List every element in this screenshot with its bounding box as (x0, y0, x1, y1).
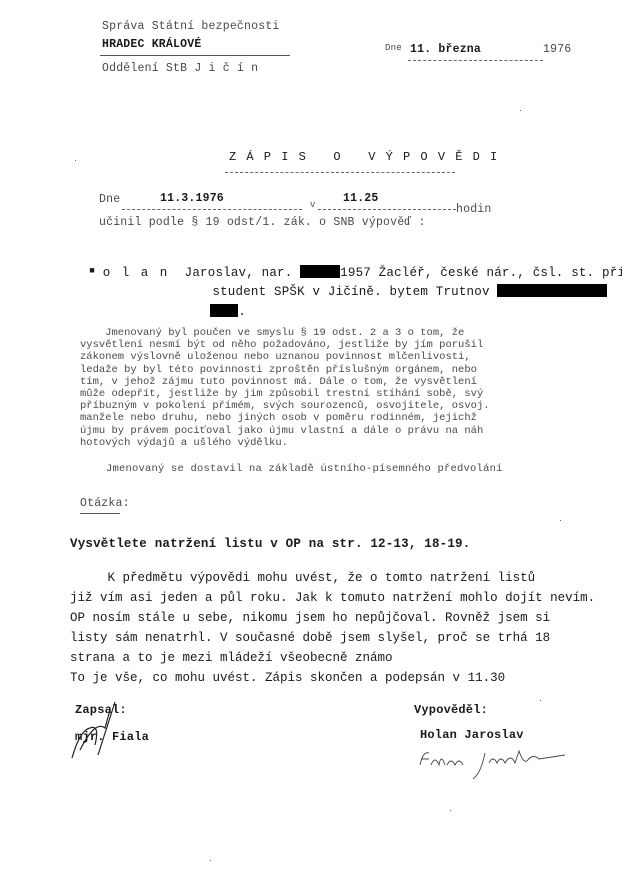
text-line: příbuzným v pokolení přímém, svých souro… (80, 400, 580, 412)
date-label: Dne (385, 41, 402, 55)
department: Oddělení StB J i č í n (102, 62, 258, 76)
text-line: OP nosím stále u sebe, nikomu jsem ho ne… (70, 608, 610, 628)
question-text: Vysvětlete natržení listu v OP na str. 1… (70, 537, 470, 551)
text-line: již vím asi jeden a půl roku. Jak k tomu… (70, 588, 610, 608)
text-line: strana a to je mezi mládeží všeobecně zn… (70, 648, 610, 668)
record-time-label: v (310, 198, 316, 212)
redacted-address (497, 284, 607, 297)
date-underline (408, 60, 543, 61)
summons-line: Jmenovaný se dostavil na základě ústního… (80, 462, 503, 476)
text-line: újmu by právem pociťoval jako újmu vlast… (80, 425, 580, 437)
person-occupation-address: student SPŠK v Jičíně. bytem Trutnov (212, 285, 489, 299)
date-year: 1976 (543, 43, 571, 57)
office-city: HRADEC KRÁLOVÉ (102, 38, 201, 52)
person-line-2: student SPŠK v Jičíně. bytem Trutnov (197, 270, 607, 299)
witness-label: Vypověděl: (414, 703, 488, 717)
text-line: Jmenovaný byl poučen ve smyslu § 19 odst… (80, 327, 580, 339)
text-line: může odepřít, jestliže by jím způsobil t… (80, 388, 580, 400)
document-title: Z Á P I S O V Ý P O V Ě D I (229, 150, 499, 164)
witness-name: Holan Jaroslav (420, 728, 524, 742)
text-line: tím, v jehož zájmu tuto povinnost má. Dá… (80, 376, 580, 388)
text-line: zákonem výslovně uloženou nebo uznanou p… (80, 351, 580, 363)
date-day-month: 11. března (410, 43, 481, 57)
text-line: K předmětu výpovědi mohu uvést, že o tom… (70, 568, 610, 588)
record-legal-basis: učinil podle § 19 odst/1. zák. o SNB výp… (99, 216, 426, 230)
office-name: Správa Státní bezpečnosti (102, 20, 280, 34)
redacted-address-cont (210, 304, 238, 317)
instruction-paragraph: Jmenovaný byl poučen ve smyslu § 19 odst… (80, 327, 580, 449)
text-line: To je vše, co mohu uvést. Zápis skončen … (70, 668, 610, 688)
person-line-3: . (195, 290, 246, 319)
text-line: hotových výdajů a ušlého výdělku. (80, 437, 580, 449)
text-line: listy sám nenatrhl. V současné době jsem… (70, 628, 610, 648)
question-label: Otázka: (80, 497, 130, 511)
text-line: manžele nebo druhu, nebo jiných osob v p… (80, 412, 580, 424)
text-line: ledaže by byl této povinnosti zproštěn p… (80, 364, 580, 376)
question-label-underline (80, 513, 120, 514)
title-underline (225, 172, 455, 173)
answer-paragraph: K předmětu výpovědi mohu uvést, že o tom… (70, 568, 610, 688)
recorder-handwritten-signature (60, 700, 150, 760)
record-hours-label: hodin (456, 203, 492, 217)
record-day-underline (122, 209, 302, 210)
record-time-value: 11.25 (343, 192, 379, 206)
witness-handwritten-signature (415, 743, 575, 783)
person-surname: o l a n (103, 266, 170, 280)
record-time-underline (318, 209, 456, 210)
text-line: vysvětlení nesmí být od něho požadováno,… (80, 339, 580, 351)
record-day-label: Dne (99, 193, 120, 207)
record-day-value: 11.3.1976 (160, 192, 224, 206)
header-divider (100, 55, 290, 56)
